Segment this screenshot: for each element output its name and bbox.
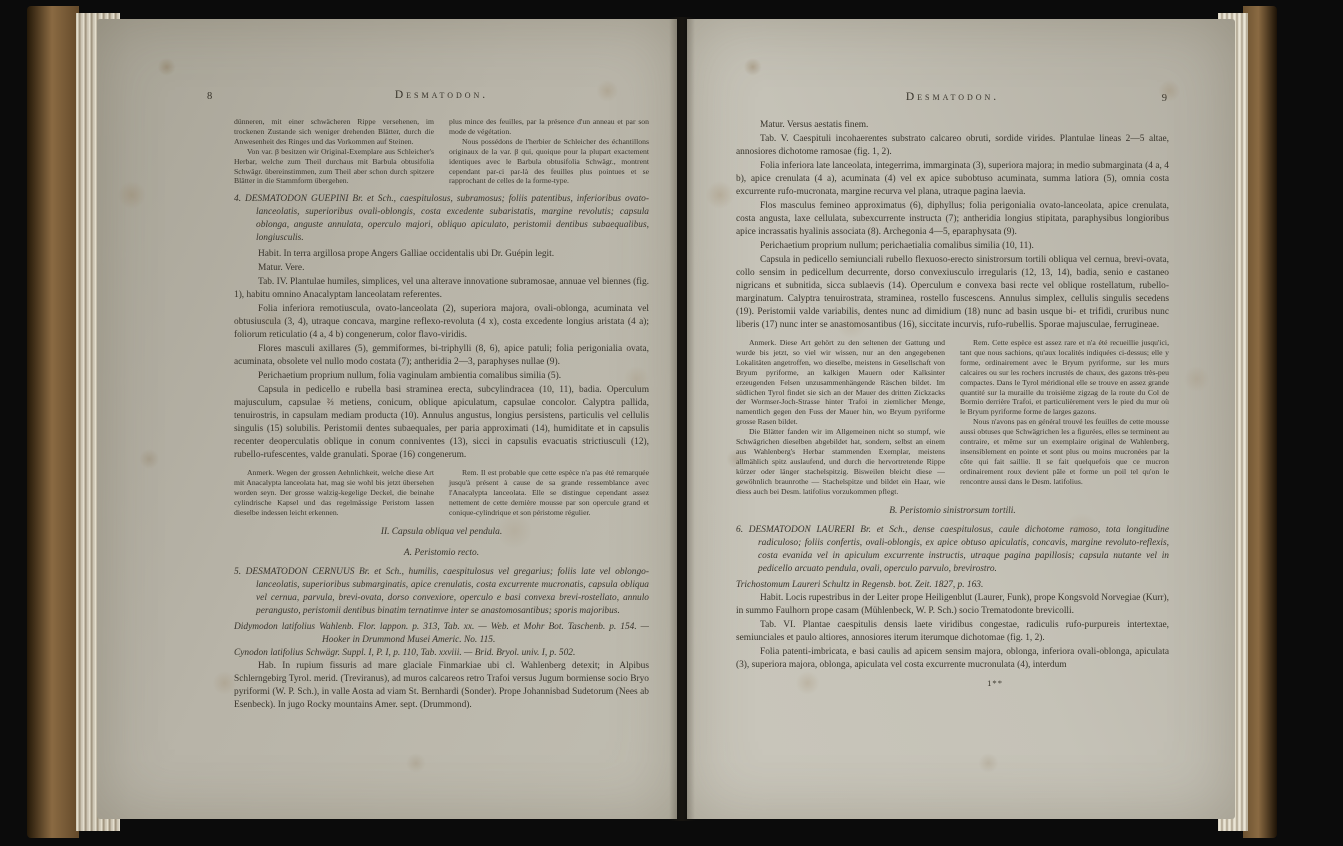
bilingual-note-top: dünneren, mit einer schwächeren Rippe ve… bbox=[234, 117, 649, 186]
capsula-paragraph: Capsula in pedicello e rubella basi stra… bbox=[234, 384, 649, 462]
left-page-text-block: 8 Desmatodon. dünneren, mit einer schwäc… bbox=[234, 89, 649, 713]
running-head-left: 8 Desmatodon. bbox=[234, 89, 649, 102]
right-page-text-block: Desmatodon. 9 Matur. Versus aestatis fin… bbox=[736, 91, 1169, 688]
paragraph: Nous n'avons pas en général trouvé les f… bbox=[960, 417, 1169, 486]
paragraph: dünneren, mit einer schwächeren Rippe ve… bbox=[234, 117, 434, 147]
section-heading: II. Capsula obliqua vel pendula. bbox=[234, 526, 649, 539]
synonym-line: Didymodon latifolius Wahlenb. Flor. lapp… bbox=[234, 621, 649, 647]
remark-french-column: Rem. Il est probable que cette espèce n'… bbox=[449, 468, 649, 518]
paragraph: Rem. Il est probable que cette espèce n'… bbox=[449, 468, 649, 518]
perichaetium-paragraph: Perichaetium proprium nullum; perichaeti… bbox=[736, 240, 1169, 253]
paragraph: Die Blätter fanden wir im Allgemeinen ni… bbox=[736, 427, 945, 496]
paragraph: Rem. Cette espèce est assez rare et n'a … bbox=[960, 338, 1169, 417]
remark-german-column: Anmerk. Wegen der grossen Aehnlichkeit, … bbox=[234, 468, 434, 518]
species-4-diagnosis: 4. DESMATODON GUEPINI Br. et Sch., caesp… bbox=[234, 193, 649, 245]
capsula-paragraph: Capsula in pedicello semiunciali rubello… bbox=[736, 254, 1169, 332]
remark-french-column: Rem. Cette espèce est assez rare et n'a … bbox=[960, 338, 1169, 497]
subsection-heading: B. Peristomio sinistrorsum tortili. bbox=[736, 505, 1169, 518]
subsection-heading: A. Peristomio recto. bbox=[234, 547, 649, 560]
left-page: 8 Desmatodon. dünneren, mit einer schwäc… bbox=[97, 19, 677, 819]
signature-mark: 1** bbox=[987, 678, 1169, 688]
running-head-title: Desmatodon. bbox=[395, 89, 488, 101]
habitat-line: Habit. Locis rupestribus in der Leiter p… bbox=[736, 592, 1169, 618]
perichaetium-paragraph: Perichaetium proprium nullum, folia vagi… bbox=[234, 370, 649, 383]
right-page: Desmatodon. 9 Matur. Versus aestatis fin… bbox=[687, 19, 1235, 819]
paragraph: Nous possédons de l'herbier de Schleiche… bbox=[449, 137, 649, 187]
habitat-line: Habit. In terra argillosa prope Angers G… bbox=[234, 248, 649, 261]
plate-description: Tab. IV. Plantulae humiles, simplices, v… bbox=[234, 276, 649, 302]
book-gutter bbox=[669, 17, 695, 821]
habitat-line: Hab. In rupium fissuris ad mare glaciale… bbox=[234, 660, 649, 712]
maturity-line: Matur. Versus aestatis finem. bbox=[736, 119, 1169, 132]
paragraph: Anmerk. Diese Art gehört zu den seltenen… bbox=[736, 338, 945, 427]
folia-paragraph: Folia patenti-imbricata, e basi caulis a… bbox=[736, 646, 1169, 672]
synonym-line: Trichostomum Laureri Schultz in Regensb.… bbox=[736, 579, 1169, 592]
note-german-column: dünneren, mit einer schwächeren Rippe ve… bbox=[234, 117, 434, 186]
bilingual-remark: Anmerk. Wegen der grossen Aehnlichkeit, … bbox=[234, 468, 649, 518]
synonym-line: Cynodon latifolius Schwägr. Suppl. I, P.… bbox=[234, 647, 649, 660]
flos-paragraph: Flos masculus femineo approximatus (6), … bbox=[736, 200, 1169, 239]
species-5-diagnosis: 5. DESMATODON CERNUUS Br. et Sch., humil… bbox=[234, 566, 649, 618]
remark-german-column: Anmerk. Diese Art gehört zu den seltenen… bbox=[736, 338, 945, 497]
page-number-left: 8 bbox=[207, 90, 212, 103]
species-6-diagnosis: 6. DESMATODON LAURERI Br. et Sch., dense… bbox=[736, 524, 1169, 576]
right-cover-board bbox=[1243, 6, 1277, 838]
flores-paragraph: Flores masculi axillares (5), gemmiforme… bbox=[234, 343, 649, 369]
bilingual-remark: Anmerk. Diese Art gehört zu den seltenen… bbox=[736, 338, 1169, 497]
running-head-right: Desmatodon. 9 bbox=[736, 91, 1169, 104]
folia-paragraph: Folia inferiora late lanceolata, integer… bbox=[736, 160, 1169, 199]
maturity-line: Matur. Vere. bbox=[234, 262, 649, 275]
note-french-column: plus mince des feuilles, par la présence… bbox=[449, 117, 649, 186]
plate-description: Tab. VI. Plantae caespitulis densis laet… bbox=[736, 619, 1169, 645]
paragraph: Von var. β besitzen wir Original-Exempla… bbox=[234, 147, 434, 187]
paragraph: plus mince des feuilles, par la présence… bbox=[449, 117, 649, 137]
folia-paragraph: Folia inferiora remotiuscula, ovato-lanc… bbox=[234, 303, 649, 342]
running-head-title: Desmatodon. bbox=[906, 91, 999, 103]
page-number-right: 9 bbox=[1162, 92, 1167, 105]
plate-description: Tab. V. Caespituli incohaerentes substra… bbox=[736, 133, 1169, 159]
left-cover-board bbox=[27, 6, 79, 838]
paragraph: Anmerk. Wegen der grossen Aehnlichkeit, … bbox=[234, 468, 434, 518]
book-photo: 8 Desmatodon. dünneren, mit einer schwäc… bbox=[0, 0, 1343, 846]
